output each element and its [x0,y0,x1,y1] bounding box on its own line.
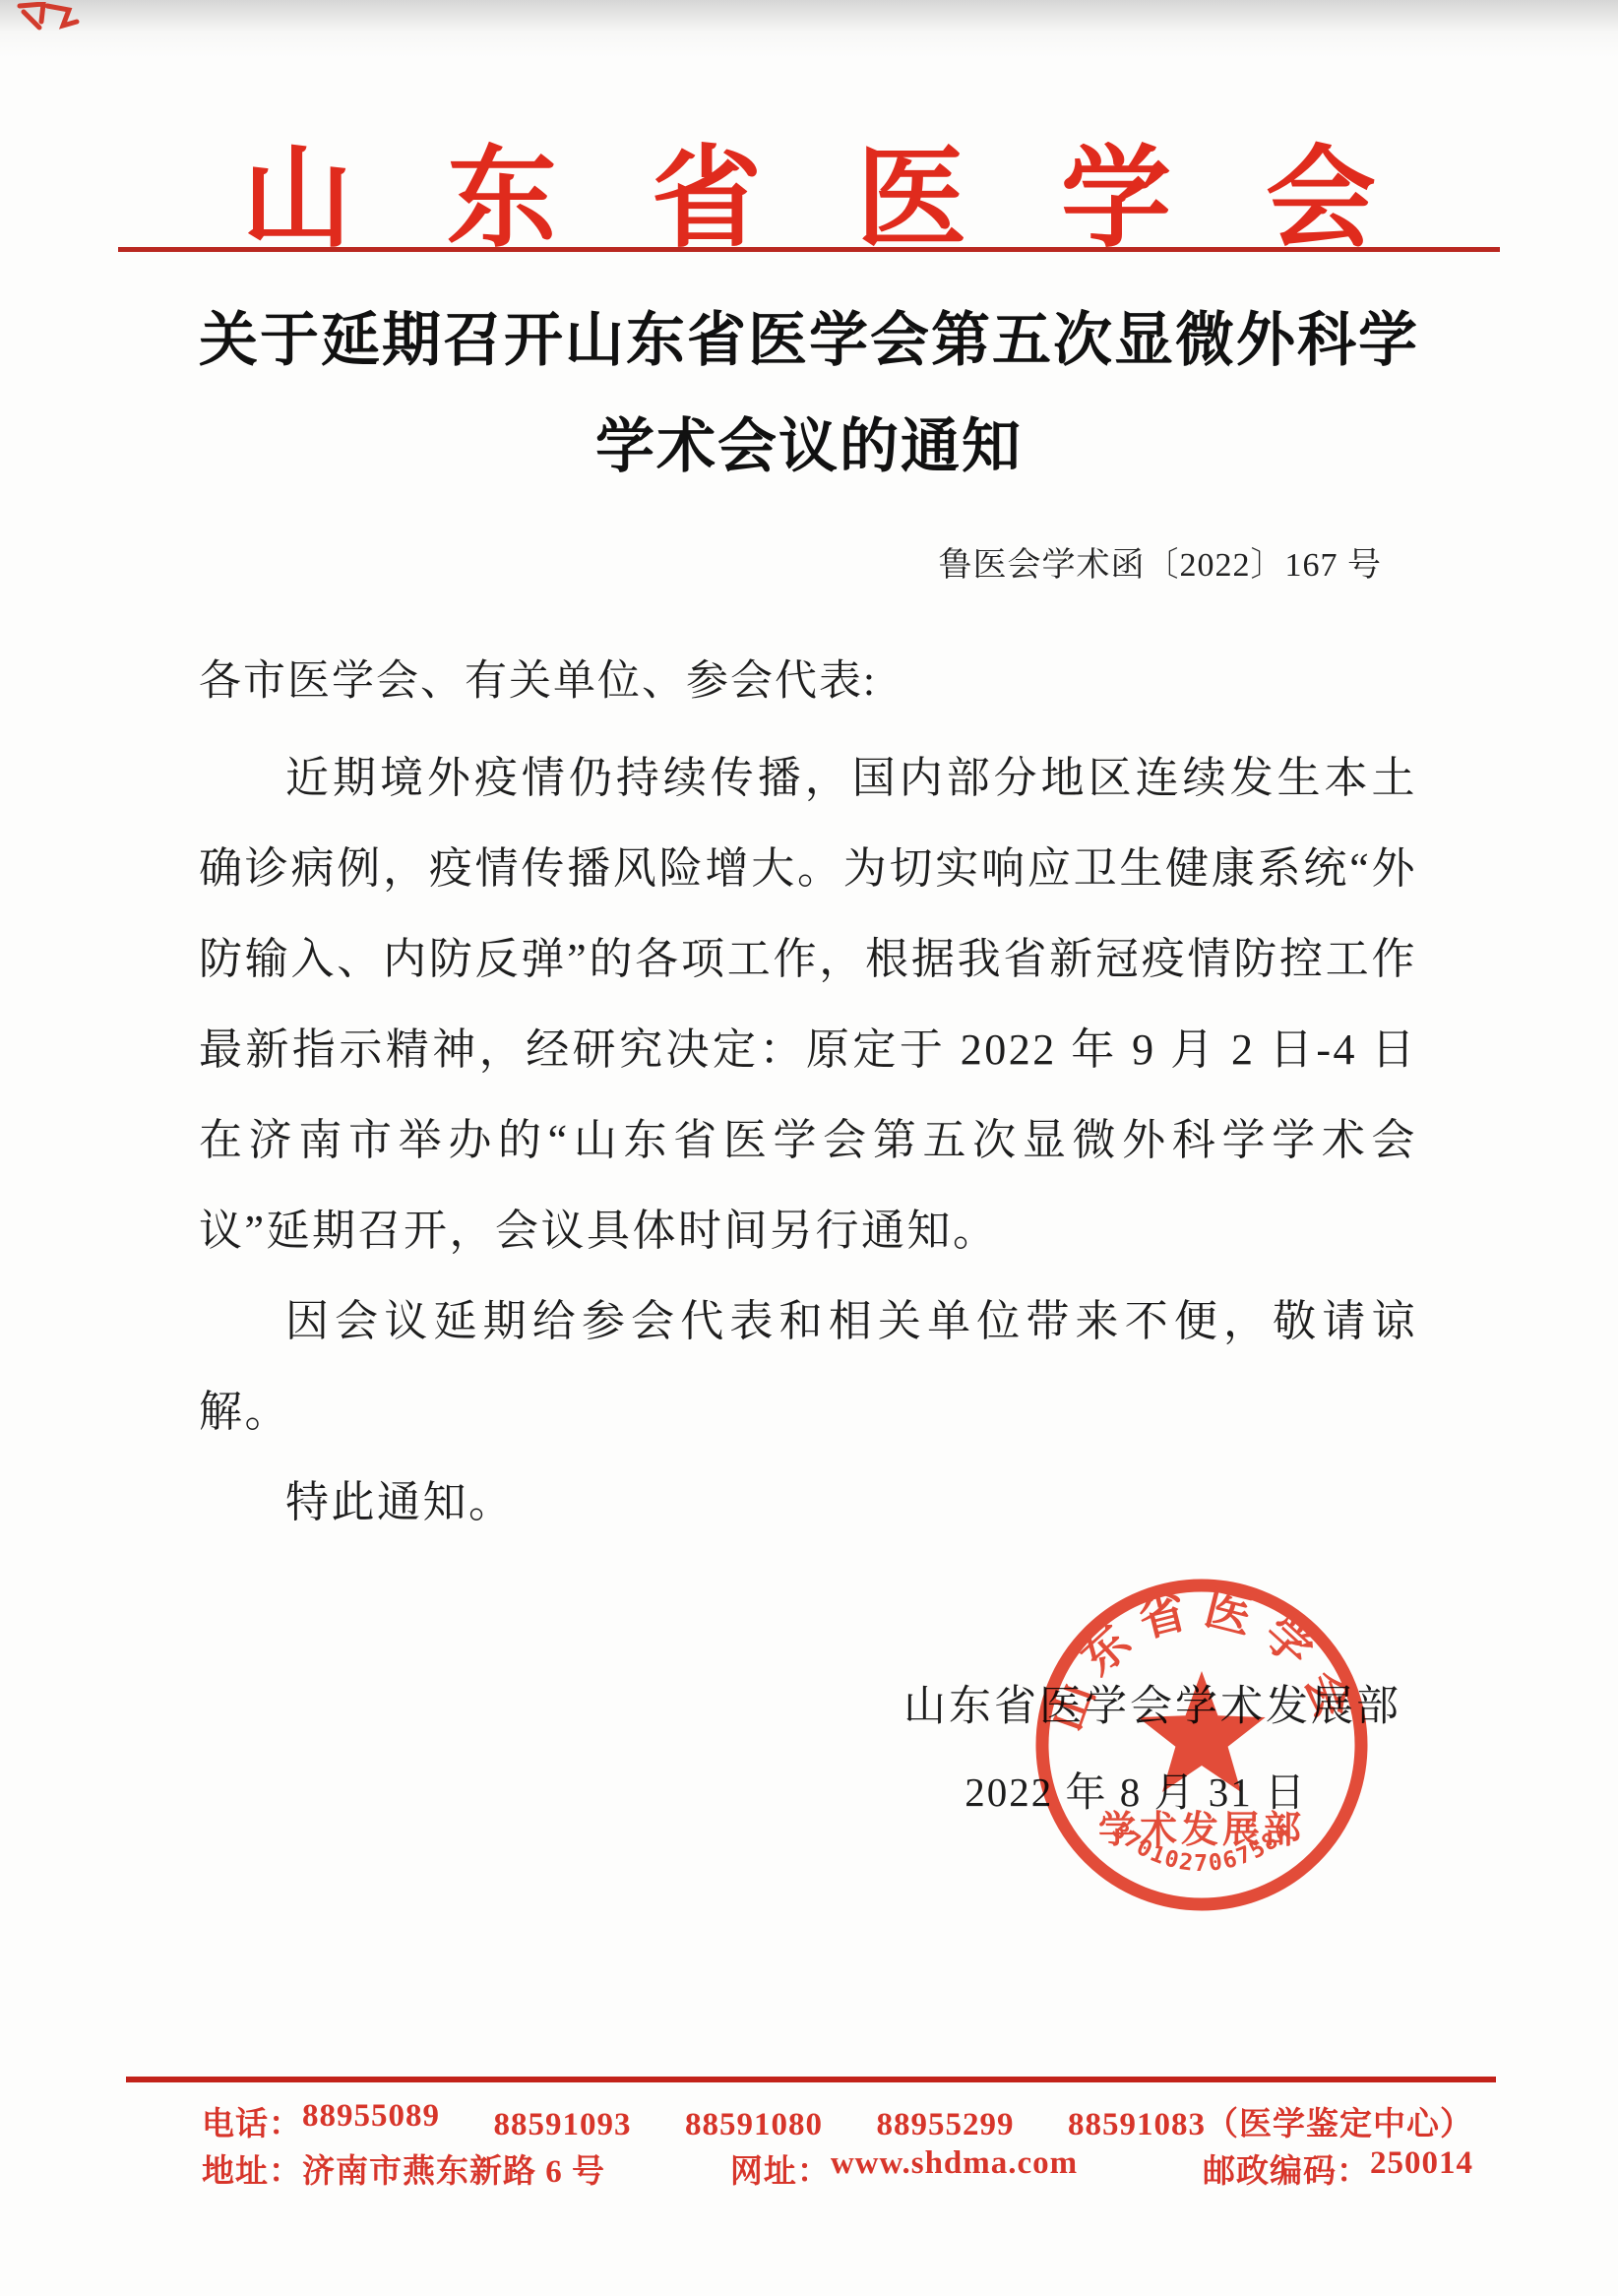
document-number: 鲁医会学术函〔2022〕167 号 [939,537,1383,586]
postal-code-value: 250014 [1370,2145,1473,2192]
paragraph: 因会议延期给参会代表和相关单位带来不便，敬请谅解。 [199,1276,1417,1458]
footer-postal: 邮政编码： 250014 [1203,2145,1473,2192]
org-header-title: 山 东 省 医 学 会 [0,110,1618,269]
phone-number-with-note: 88591083（医学鉴定中心） [1068,2098,1473,2144]
document-title-line1: 关于延期召开山东省医学会第五次显微外科学 [0,293,1618,378]
document-title-line2: 学术会议的通知 [0,400,1618,484]
footer-address-row: 地址： 济南市燕东新路 6 号 网址： www.shdma.com 邮政编码： … [202,2145,1473,2192]
address-label: 地址： [202,2145,302,2192]
seal-star-icon [1138,1671,1265,1792]
footer-address: 地址： 济南市燕东新路 6 号 [202,2145,605,2192]
footer-website: 网址： www.shdma.com [730,2145,1078,2192]
header-divider-rule [118,247,1500,252]
footer-divider-rule [126,2077,1496,2082]
phone-number: 88955089 [302,2098,440,2144]
website-value: www.shdma.com [831,2145,1078,2192]
scan-artifact-mark [14,2,85,47]
scan-artifact-band [0,0,1618,57]
paragraph: 特此通知。 [199,1458,1417,1548]
body-text: 近期境外疫情仍持续传播，国内部分地区连续发生本土确诊病例，疫情传播风险增大。为切… [199,733,1417,1548]
phone-label: 电话： [202,2098,302,2144]
document-page: 山 东 省 医 学 会 关于延期召开山东省医学会第五次显微外科学 学术会议的通知… [0,0,1618,2296]
address-value: 济南市燕东新路 6 号 [302,2145,605,2192]
salutation: 各市医学会、有关单位、参会代表: [199,648,877,708]
paragraph: 近期境外疫情仍持续传播，国内部分地区连续发生本土确诊病例，疫情传播风险增大。为切… [199,733,1417,1276]
postal-label: 邮政编码： [1203,2145,1370,2192]
phone-number: 88591080 [685,2107,823,2143]
footer-phone-row: 电话： 88955089 88591093 88591080 88955299 … [202,2098,1473,2144]
footer-phone-first: 电话： 88955089 [202,2098,440,2144]
phone-number: 88955299 [877,2107,1015,2143]
official-seal-stamp: 山东省医学会 学术发展部 3701027067584 [1029,1573,1374,1917]
phone-number: 88591093 [494,2107,632,2143]
web-label: 网址： [730,2145,831,2192]
